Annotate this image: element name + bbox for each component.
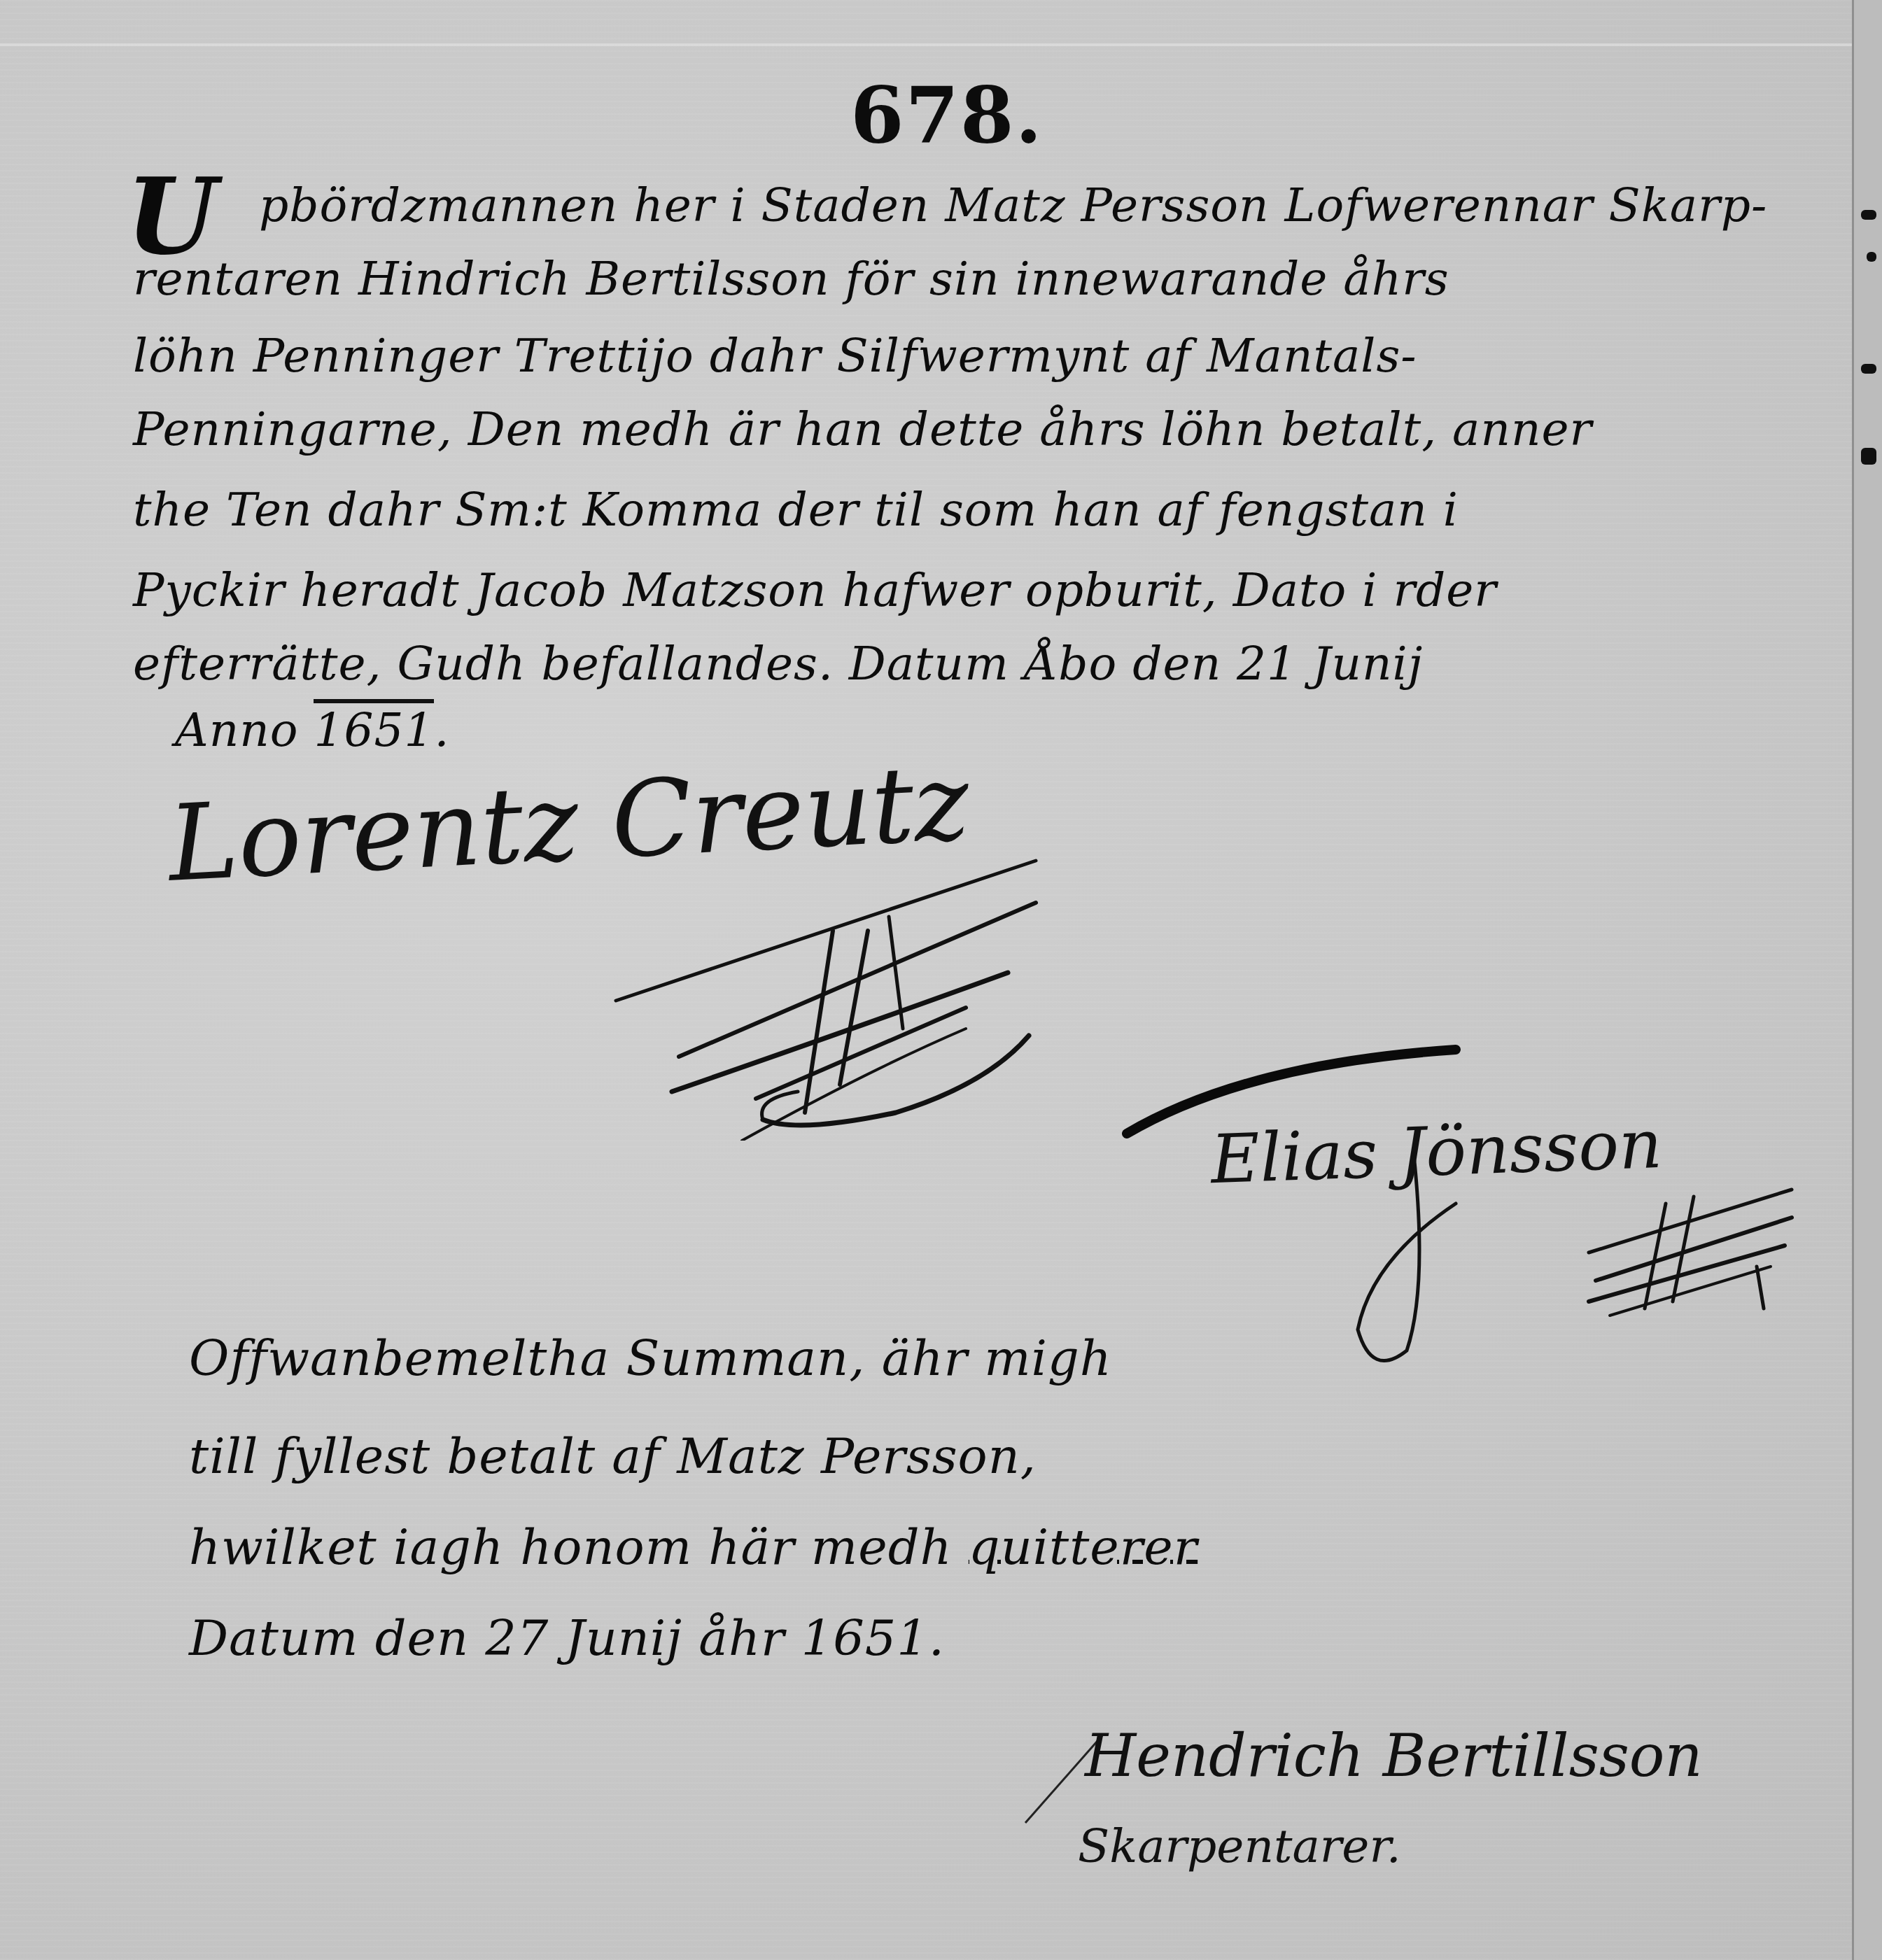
signature-hatching-icon [1582,1162,1813,1323]
anno-terminator: . [434,703,449,757]
anno-label: Anno [175,703,298,757]
signature-underswirl-icon [756,994,1050,1134]
signature-title: Skarpentarer. [1078,1819,1401,1873]
folio-number: 678. [850,70,1044,160]
underlined-word-quitterer: quitterer [969,1518,1198,1576]
receipt-line-2: till fyllest betalt af Matz Persson, [189,1427,1037,1485]
text-line-1: pbördzmannen her i Staden Matz Persson L… [259,178,1767,232]
signature-descender-loop-icon [1330,1148,1470,1379]
text-line-5: the Ten dahr Sm:t Komma der til som han … [133,483,1459,537]
receipt-line-1: Offwanbemeltha Summan, ähr migh [189,1330,1112,1387]
ink-bleed-mark [1867,252,1876,262]
text-line-6: Pyckir heradt Jacob Matzson hafwer opbur… [133,563,1497,617]
anno-year: 1651 [314,699,434,757]
text-line-4: Penningarne, Den medh är han dette åhrs … [133,402,1592,456]
receipt-line-3: hwilket iagh honom här medh quitterer [189,1518,1198,1576]
manuscript-page: 678. U pbördzmannen her i Staden Matz Pe… [0,0,1882,1960]
receipt-line-4: Datum den 27 Junij åhr 1651. [189,1609,945,1667]
text-line-3: löhn Penninger Trettijo dahr Silfwermynt… [133,329,1417,383]
ink-bleed-mark [1861,210,1876,220]
signature-hendrich-bertillsson: Hendrich Bertillsson [1085,1721,1703,1790]
paper-fold-line [0,43,1882,46]
anno-line: Anno 1651. [175,703,449,757]
text-line-2: rentaren Hindrich Bertilsson för sin inn… [133,252,1449,306]
text-line-7: efterrätte, Gudh befallandes. Datum Åbo … [133,637,1423,691]
adjacent-page-edge [1852,0,1882,1960]
ink-bleed-mark [1861,364,1876,374]
ink-bleed-mark [1861,448,1876,465]
